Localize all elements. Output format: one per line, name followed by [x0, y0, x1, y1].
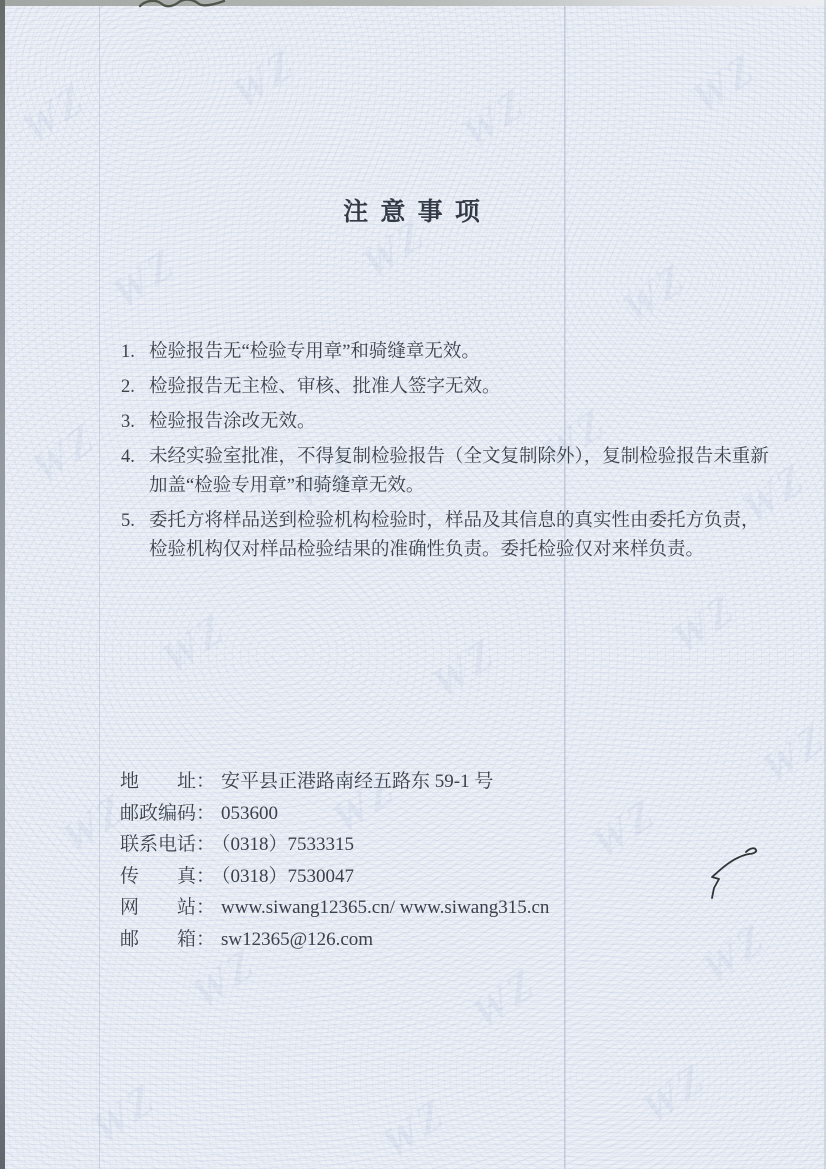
note-number: 2.: [121, 373, 149, 402]
contact-value: （0318）7533315: [221, 834, 354, 855]
scan-edge-left: [0, 0, 5, 1169]
contact-label: 邮政编码：: [120, 803, 215, 824]
note-text: 检验报告无“检验专用章”和骑缝章无效。: [149, 338, 480, 367]
contact-row-address: 地 址：安平县正港路南经五路东 59-1 号: [120, 766, 549, 798]
scan-page: { "document": { "title": "注 意 事 项", "not…: [0, 0, 826, 1169]
note-text: 未经实验室批准，不得复制检验报告（全文复制除外），复制检验报告未重新 加盖“检验…: [149, 443, 769, 501]
note-item: 4. 未经实验室批准，不得复制检验报告（全文复制除外），复制检验报告未重新 加盖…: [121, 443, 811, 501]
contact-value: 053600: [221, 803, 278, 824]
contact-label: 邮 箱：: [120, 929, 215, 950]
contact-row-postcode: 邮政编码：053600: [120, 798, 549, 830]
contact-row-fax: 传 真：（0318）7530047: [120, 861, 549, 893]
contact-value: www.siwang12365.cn/ www.siwang315.cn: [221, 897, 549, 918]
contact-label: 网 站：: [120, 897, 215, 918]
contact-label: 传 真：: [120, 866, 215, 887]
contact-label: 联系电话：: [120, 834, 215, 855]
security-paper-texture: [0, 0, 826, 1169]
contact-label: 地 址：: [120, 771, 215, 792]
contact-block: 地 址：安平县正港路南经五路东 59-1 号 邮政编码：053600 联系电话：…: [120, 766, 549, 955]
contact-value: sw12365@126.com: [221, 929, 373, 950]
note-number: 1.: [121, 338, 149, 367]
note-item: 2. 检验报告无主检、审核、批准人签字无效。: [121, 373, 811, 402]
note-number: 5.: [121, 507, 149, 565]
note-number: 4.: [121, 443, 149, 501]
note-item: 1. 检验报告无“检验专用章”和骑缝章无效。: [121, 338, 811, 367]
contact-row-website: 网 站：www.siwang12365.cn/ www.siwang315.cn: [120, 892, 549, 924]
note-text: 检验报告涂改无效。: [149, 408, 316, 437]
note-item: 3. 检验报告涂改无效。: [121, 408, 811, 437]
note-text: 委托方将样品送到检验机构检验时，样品及其信息的真实性由委托方负责， 检验机构仅对…: [149, 507, 760, 565]
note-item: 5. 委托方将样品送到检验机构检验时，样品及其信息的真实性由委托方负责， 检验机…: [121, 507, 811, 565]
note-text: 检验报告无主检、审核、批准人签字无效。: [149, 373, 501, 402]
contact-row-email: 邮 箱：sw12365@126.com: [120, 924, 549, 956]
scan-edge-top: [0, 0, 826, 6]
contact-value: （0318）7530047: [221, 866, 354, 887]
notes-list: 1. 检验报告无“检验专用章”和骑缝章无效。 2. 检验报告无主检、审核、批准人…: [121, 338, 811, 571]
contact-value: 安平县正港路南经五路东 59-1 号: [221, 771, 493, 792]
contact-row-phone: 联系电话：（0318）7533315: [120, 829, 549, 861]
page-title: 注 意 事 项: [0, 192, 826, 228]
note-number: 3.: [121, 408, 149, 437]
